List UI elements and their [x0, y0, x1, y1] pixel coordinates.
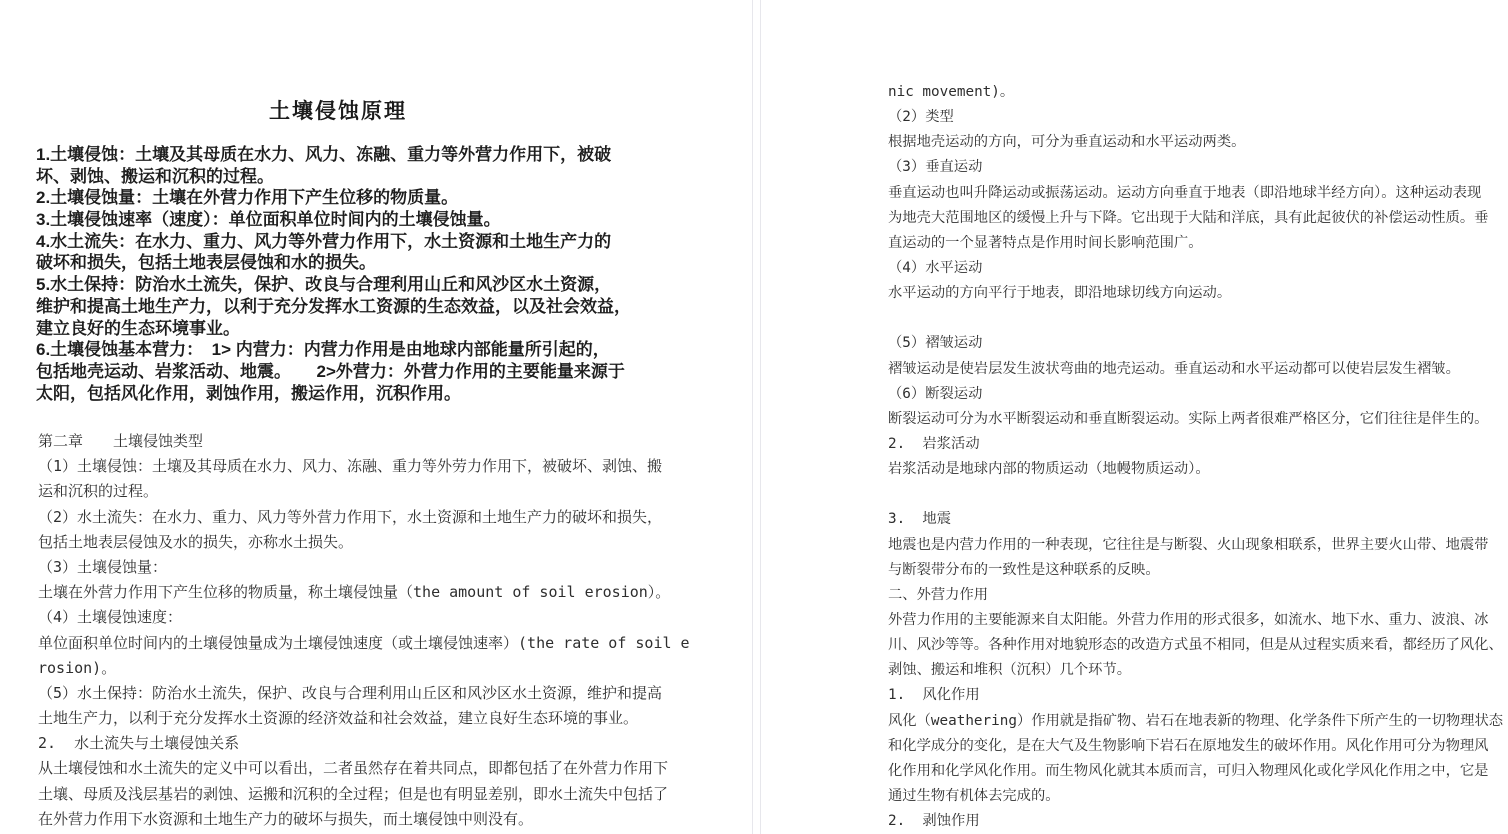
text-line: 岩浆活动是地球内部的物质运动（地幔物质运动）。 — [888, 457, 1503, 482]
text-line: 破坏和损失，包括土地表层侵蚀和水的损失。 — [36, 252, 631, 274]
text-line: 2.土壤侵蚀量：土壤在外营力作用下产生位移的物质量。 — [36, 187, 631, 209]
text-line: （6）断裂运动 — [888, 382, 1503, 407]
text-line: 川、风沙等等。各种作用对地貌形态的改造方式虽不相同，但是从过程实质来看，都经历了… — [888, 633, 1503, 658]
text-line: 二、外营力作用 — [888, 583, 1503, 608]
document-viewer: 土壤侵蚀原理 1.土壤侵蚀：土壤及其母质在水力、风力、冻融、重力等外营力作用下，… — [0, 0, 1508, 834]
text-line: （4）水平运动 — [888, 256, 1503, 281]
text-line: 水平运动的方向平行于地表，即沿地球切线方向运动。 — [888, 281, 1503, 306]
text-line: 坏、剥蚀、搬运和沉积的过程。 — [36, 166, 631, 188]
text-line: 垂直运动也叫升降运动或振荡运动。运动方向垂直于地表（即沿地球半经方向）。这种运动… — [888, 181, 1503, 206]
text-line: （3）土壤侵蚀量： — [38, 555, 690, 580]
text-line: 在外营力作用下水资源和土地生产力的破坏与损失，而土壤侵蚀中则没有。 — [38, 807, 690, 832]
text-line: 褶皱运动是使岩层发生波状弯曲的地壳运动。垂直运动和水平运动都可以使岩层发生褶皱。 — [888, 357, 1503, 382]
text-line: 根据地壳运动的方向，可分为垂直运动和水平运动两类。 — [888, 130, 1503, 155]
text-line: 1.土壤侵蚀：土壤及其母质在水力、风力、冻融、重力等外营力作用下，被破 — [36, 144, 631, 166]
text-line: 从土壤侵蚀和水土流失的定义中可以看出，二者虽然存在着共同点，即都包括了在外营力作… — [38, 756, 690, 781]
text-line: 为地壳大范围地区的缓慢上升与下降。它出现于大陆和洋底，具有此起彼伏的补偿运动性质… — [888, 206, 1503, 231]
text-line: 包括地壳运动、岩浆活动、地震。 2>外营力：外营力作用的主要能量来源于 — [36, 361, 631, 383]
text-line: 2. 剥蚀作用 — [888, 809, 1503, 834]
text-line: 5.水土保持：防治水土流失，保护、改良与合理利用山丘和风沙区水土资源， — [36, 274, 631, 296]
section-heading: 第二章 土壤侵蚀类型 — [38, 429, 690, 454]
document-page-left: 土壤侵蚀原理 1.土壤侵蚀：土壤及其母质在水力、风力、冻融、重力等外营力作用下，… — [0, 0, 753, 834]
definitions-section: 1.土壤侵蚀：土壤及其母质在水力、风力、冻融、重力等外营力作用下，被破 坏、剥蚀… — [36, 144, 631, 404]
text-line: （5）褶皱运动 — [888, 331, 1503, 356]
text-line: 土地生产力，以利于充分发挥水土资源的经济效益和社会效益，建立良好生态环境的事业。 — [38, 706, 690, 731]
text-line: （2）水土流失：在水力、重力、风力等外营力作用下，水土资源和土地生产力的破坏和损… — [38, 505, 690, 530]
text-line: 与断裂带分布的一致性是这种联系的反映。 — [888, 558, 1503, 583]
text-line: 2. 水土流失与土壤侵蚀关系 — [38, 731, 690, 756]
text-line: 单位面积单位时间内的土壤侵蚀量成为土壤侵蚀速度（或土壤侵蚀速率）(the rat… — [38, 631, 690, 656]
text-line: rosion)。 — [38, 656, 690, 681]
text-line: nic movement)。 — [888, 80, 1503, 105]
text-line: 地震也是内营力作用的一种表现，它往往是与断裂、火山现象相联系，世界主要火山带、地… — [888, 533, 1503, 558]
text-line: 和化学成分的变化，是在大气及生物影响下岩石在原地发生的破坏作用。风化作用可分为物… — [888, 734, 1503, 759]
text-line: 4.水土流失：在水力、重力、风力等外营力作用下，水土资源和土地生产力的 — [36, 231, 631, 253]
text-line: 建立良好的生态环境事业。 — [36, 318, 631, 340]
page-gutter — [753, 0, 760, 834]
text-line: 土壤在外营力作用下产生位移的物质量，称土壤侵蚀量（the amount of s… — [38, 580, 690, 605]
blank-line — [888, 306, 1503, 331]
document-page-right: nic movement)。 （2）类型 根据地壳运动的方向，可分为垂直运动和水… — [760, 0, 1508, 834]
blank-line — [888, 482, 1503, 507]
text-line: 6.土壤侵蚀基本营力： 1> 内营力：内营力作用是由地球内部能量所引起的， — [36, 339, 631, 361]
text-line: 风化（weathering）作用就是指矿物、岩石在地表新的物理、化学条件下所产生… — [888, 709, 1503, 734]
text-line: 运和沉积的过程。 — [38, 479, 690, 504]
text-line: 2. 岩浆活动 — [888, 432, 1503, 457]
right-page-text: nic movement)。 （2）类型 根据地壳运动的方向，可分为垂直运动和水… — [888, 80, 1503, 834]
text-line: 太阳，包括风化作用，剥蚀作用，搬运作用，沉积作用。 — [36, 383, 631, 405]
text-line: （5）水土保持：防治水土流失，保护、改良与合理利用山丘区和风沙区水土资源，维护和… — [38, 681, 690, 706]
text-line: 通过生物有机体去完成的。 — [888, 784, 1503, 809]
text-line: 3. 地震 — [888, 507, 1503, 532]
page-title: 土壤侵蚀原理 — [38, 95, 638, 125]
text-line: 直运动的一个显著特点是作用时间长影响范围广。 — [888, 231, 1503, 256]
text-line: 包括土地表层侵蚀及水的损失，亦称水土损失。 — [38, 530, 690, 555]
text-line: 化作用和化学风化作用。而生物风化就其本质而言，可归入物理风化或化学风化作用之中，… — [888, 759, 1503, 784]
text-line: 土壤、母质及浅层基岩的剥蚀、运搬和沉积的全过程；但是也有明显差别，即水土流失中包… — [38, 782, 690, 807]
chapter-section: 第二章 土壤侵蚀类型 （1）土壤侵蚀：土壤及其母质在水力、风力、冻融、重力等外劳… — [38, 429, 690, 832]
text-line: （1）土壤侵蚀：土壤及其母质在水力、风力、冻融、重力等外劳力作用下，被破坏、剥蚀… — [38, 454, 690, 479]
text-line: 3.土壤侵蚀速率（速度）：单位面积单位时间内的土壤侵蚀量。 — [36, 209, 631, 231]
text-line: （4）土壤侵蚀速度： — [38, 605, 690, 630]
text-line: 剥蚀、搬运和堆积（沉积）几个环节。 — [888, 658, 1503, 683]
text-line: 断裂运动可分为水平断裂运动和垂直断裂运动。实际上两者很难严格区分，它们往往是伴生… — [888, 407, 1503, 432]
text-line: （3）垂直运动 — [888, 155, 1503, 180]
text-line: 维护和提高土地生产力，以利于充分发挥水工资源的生态效益，以及社会效益， — [36, 296, 631, 318]
text-line: 外营力作用的主要能源来自太阳能。外营力作用的形式很多，如流水、地下水、重力、波浪… — [888, 608, 1503, 633]
text-line: （2）类型 — [888, 105, 1503, 130]
text-line: 1. 风化作用 — [888, 683, 1503, 708]
